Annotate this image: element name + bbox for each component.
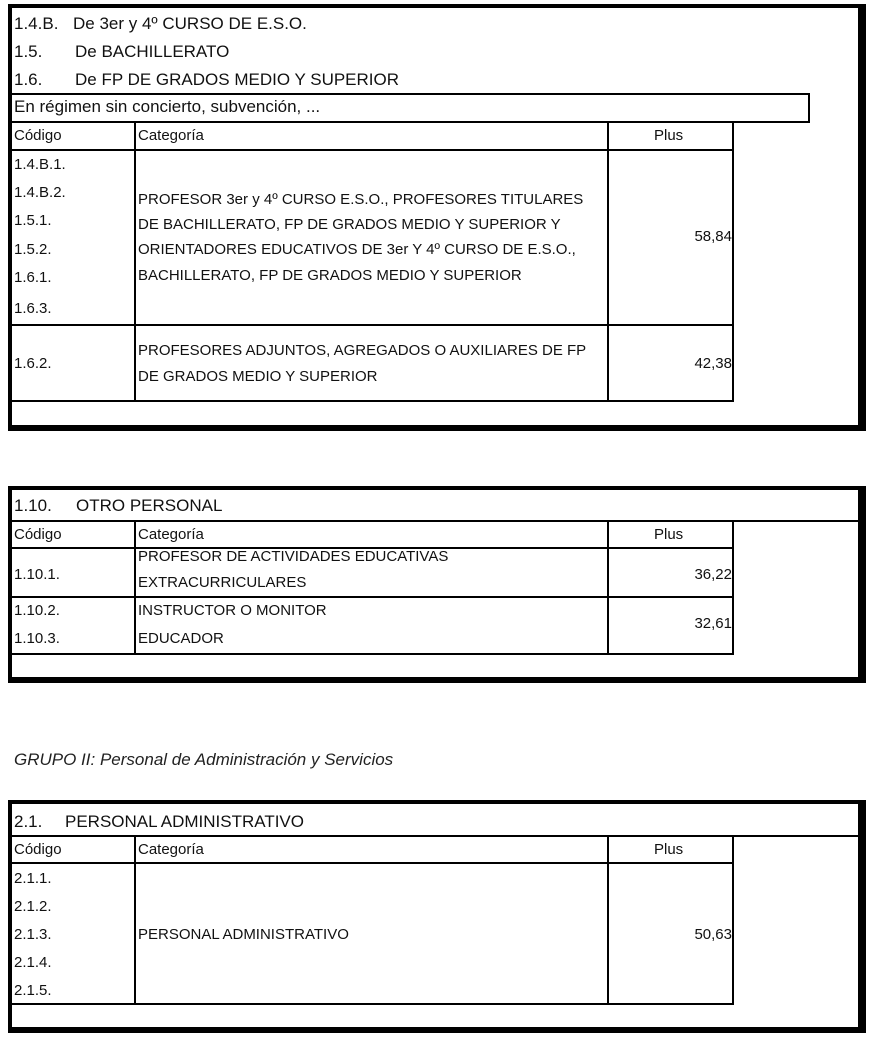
- regime-note: En régimen sin concierto, subvención, ..…: [14, 97, 320, 117]
- row-code: 2.1.3.: [14, 926, 52, 943]
- section-heading-text: De BACHILLERATO: [75, 42, 229, 62]
- column-header-category: Categoría: [138, 841, 204, 858]
- column-divider: [134, 836, 136, 1004]
- column-divider: [732, 836, 734, 1004]
- row-category: INSTRUCTOR O MONITOR: [138, 602, 327, 619]
- row-plus: 32,61: [694, 615, 732, 632]
- column-divider: [607, 836, 609, 1004]
- column-divider: [732, 122, 734, 402]
- row-plus: 42,38: [694, 355, 732, 372]
- divider: [12, 149, 734, 151]
- section-heading-code: 1.5.: [14, 42, 42, 62]
- column-header-code: Código: [14, 526, 62, 543]
- row-code: 1.4.B.1.: [14, 156, 66, 173]
- column-divider: [134, 122, 136, 402]
- row-code: 1.10.1.: [14, 566, 60, 583]
- row-code: 1.10.3.: [14, 630, 60, 647]
- row-code: 1.4.B.2.: [14, 184, 66, 201]
- column-header-plus: Plus: [654, 841, 683, 858]
- table-section-1-4b-1-6: 1.4.B. De 3er y 4º CURSO DE E.S.O. 1.5. …: [8, 4, 866, 431]
- divider: [12, 93, 810, 95]
- row-code: 2.1.1.: [14, 870, 52, 887]
- row-plus: 36,22: [694, 566, 732, 583]
- divider: [12, 121, 810, 123]
- section-heading-code: 1.6.: [14, 70, 42, 90]
- column-divider: [607, 122, 609, 402]
- row-code: 1.5.2.: [14, 241, 52, 258]
- column-header-category: Categoría: [138, 526, 204, 543]
- column-header-plus: Plus: [654, 526, 683, 543]
- row-code: 1.6.3.: [14, 300, 52, 317]
- row-category: EDUCADOR: [138, 630, 224, 647]
- row-code: 1.6.2.: [14, 355, 52, 372]
- row-category: BACHILLERATO, FP DE GRADOS MEDIO Y SUPER…: [138, 267, 522, 284]
- group-title: GRUPO II: Personal de Administración y S…: [14, 750, 393, 770]
- row-code: 2.1.2.: [14, 898, 52, 915]
- table-section-1-10: 1.10. OTRO PERSONAL Código Categoría Plu…: [8, 486, 866, 683]
- column-header-code: Código: [14, 127, 62, 144]
- divider: [12, 653, 734, 655]
- column-divider: [134, 521, 136, 655]
- section-heading-code: 2.1.: [14, 812, 42, 832]
- column-header-category: Categoría: [138, 127, 204, 144]
- divider: [12, 862, 734, 864]
- section-heading-text: OTRO PERSONAL: [76, 496, 222, 516]
- section-heading-code: 1.4.B.: [14, 14, 58, 34]
- column-header-plus: Plus: [654, 127, 683, 144]
- divider: [808, 93, 810, 122]
- column-divider: [607, 521, 609, 655]
- column-header-code: Código: [14, 841, 62, 858]
- row-category: PROFESORES ADJUNTOS, AGREGADOS O AUXILIA…: [138, 342, 586, 359]
- column-divider: [732, 521, 734, 655]
- row-code: 2.1.5.: [14, 982, 52, 999]
- divider: [12, 596, 734, 598]
- row-category: PROFESOR 3er y 4º CURSO E.S.O., PROFESOR…: [138, 191, 583, 208]
- divider: [12, 1003, 734, 1005]
- divider: [12, 324, 734, 326]
- row-category: ORIENTADORES EDUCATIVOS DE 3er Y 4º CURS…: [138, 241, 576, 258]
- row-code: 2.1.4.: [14, 954, 52, 971]
- row-code: 1.5.1.: [14, 212, 52, 229]
- table-section-2-1: 2.1. PERSONAL ADMINISTRATIVO Código Cate…: [8, 800, 866, 1033]
- row-category: DE GRADOS MEDIO Y SUPERIOR: [138, 368, 378, 385]
- row-code: 1.10.2.: [14, 602, 60, 619]
- section-heading-code: 1.10.: [14, 496, 52, 516]
- row-plus: 58,84: [694, 228, 732, 245]
- section-heading-text: De FP DE GRADOS MEDIO Y SUPERIOR: [75, 70, 399, 90]
- row-category: PROFESOR DE ACTIVIDADES EDUCATIVAS: [138, 548, 448, 565]
- divider: [12, 400, 734, 402]
- row-code: 1.6.1.: [14, 269, 52, 286]
- section-heading-text: De 3er y 4º CURSO DE E.S.O.: [73, 14, 307, 34]
- row-category: PERSONAL ADMINISTRATIVO: [138, 926, 349, 943]
- row-plus: 50,63: [694, 926, 732, 943]
- row-category: EXTRACURRICULARES: [138, 574, 306, 591]
- row-category: DE BACHILLERATO, FP DE GRADOS MEDIO Y SU…: [138, 216, 561, 233]
- section-heading-text: PERSONAL ADMINISTRATIVO: [65, 812, 304, 832]
